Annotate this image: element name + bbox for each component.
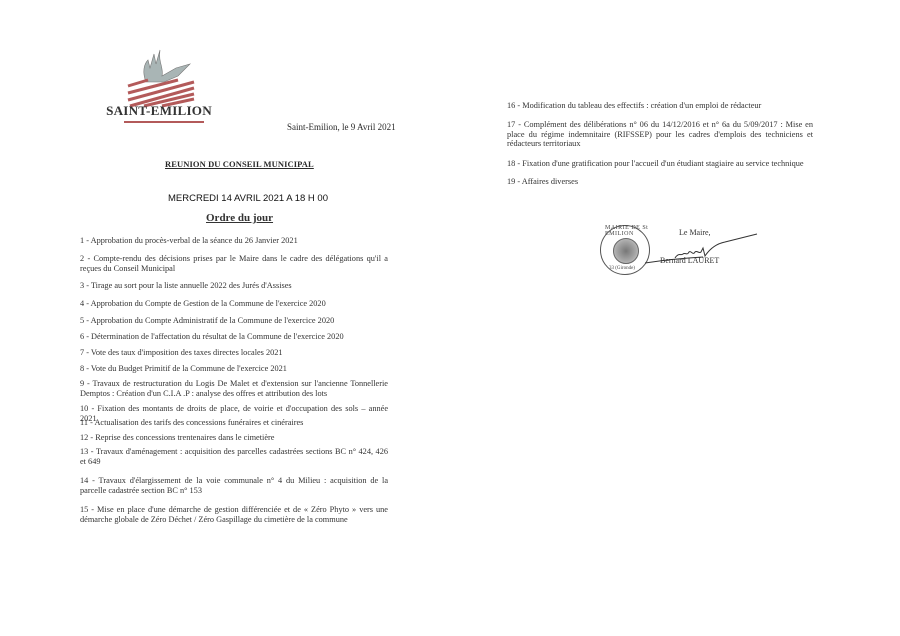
agenda-item: 5 - Approbation du Compte Administratif … — [80, 316, 388, 326]
mayor-name: Bernard LAURET — [660, 256, 719, 265]
agenda-item: 6 - Détermination de l'affectation du ré… — [80, 332, 388, 342]
agenda-item: 19 - Affaires diverses — [507, 177, 813, 187]
meeting-title: REUNION DU CONSEIL MUNICIPAL — [165, 159, 314, 169]
agenda-item: 17 - Complément des délibérations n° 06 … — [507, 120, 813, 149]
seal-text-top: MAIRIE DE St EMILION — [605, 225, 649, 237]
agenda-item: 2 - Compte-rendu des décisions prises pa… — [80, 254, 388, 273]
meeting-datetime: MERCREDI 14 AVRIL 2021 A 18 H 00 — [168, 193, 328, 204]
agenda-item: 4 - Approbation du Compte de Gestion de … — [80, 299, 388, 309]
agenda-item: 1 - Approbation du procès-verbal de la s… — [80, 236, 388, 246]
agenda-item: 8 - Vote du Budget Primitif de la Commun… — [80, 364, 388, 374]
agenda-item: 3 - Tirage au sort pour la liste annuell… — [80, 281, 388, 291]
agenda-item: 9 - Travaux de restructuration du Logis … — [80, 379, 388, 398]
agenda-item: 7 - Vote des taux d'imposition des taxes… — [80, 348, 388, 358]
agenda-item: 12 - Reprise des concessions trentenaire… — [80, 433, 388, 443]
seal-emblem-icon — [613, 238, 639, 264]
agenda-item: 16 - Modification du tableau des effecti… — [507, 101, 813, 111]
agenda-item: 18 - Fixation d'une gratification pour l… — [507, 159, 813, 169]
logo-text: SAINT-EMILION — [95, 104, 223, 119]
seal-text-bottom: 33 (Gironde) — [609, 266, 635, 271]
signature-block: MAIRIE DE St EMILION 33 (Gironde) Le Mai… — [600, 225, 760, 285]
logo-underline — [124, 121, 204, 123]
date-place: Saint-Emilion, le 9 Avril 2021 — [287, 122, 396, 132]
agenda-item: 14 - Travaux d'élargissement de la voie … — [80, 476, 388, 495]
agenda-item: 13 - Travaux d'aménagement : acquisition… — [80, 447, 388, 466]
town-seal-icon: MAIRIE DE St EMILION 33 (Gironde) — [600, 225, 650, 275]
agenda-item: 15 - Mise en place d'une démarche de ges… — [80, 505, 388, 524]
agenda-title: Ordre du jour — [206, 212, 273, 224]
agenda-item: 11 - Actualisation des tarifs des conces… — [80, 418, 388, 428]
